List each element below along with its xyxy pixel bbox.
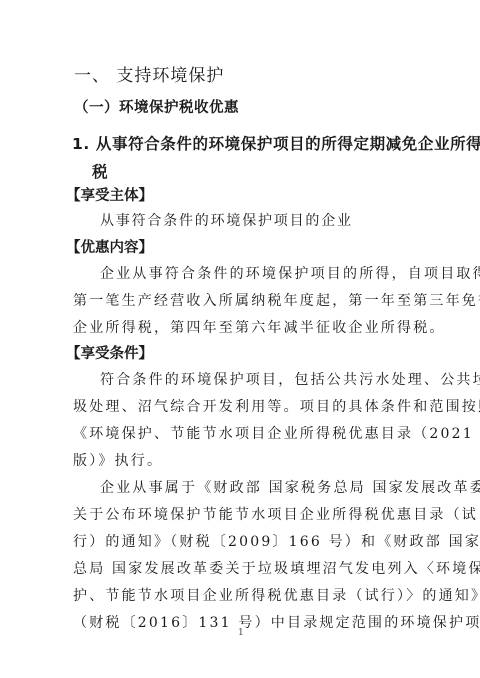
conditions-line: 符合条件的环境保护项目，包括公共污水处理、公共垃 (100, 369, 480, 389)
conditions-line: 关于公布环境保护节能节水项目企业所得税优惠目录（试 (73, 504, 478, 524)
conditions-line: 总局 国家发展改革委关于垃圾填埋沼气发电列入〈环境保 (73, 558, 480, 578)
conditions-line: 企业从事属于《财政部 国家税务总局 国家发展改革委 (100, 477, 480, 497)
conditions-line: 行）的通知》（财税〔2009〕166 号）和《财政部 国家税务 (73, 531, 480, 551)
content-label: 【优惠内容】 (66, 236, 153, 257)
content-line: 企业所得税，第四年至第六年减半征收企业所得税。 (73, 317, 446, 337)
conditions-label: 【享受条件】 (66, 342, 153, 363)
content-line: 企业从事符合条件的环境保护项目的所得，自项目取得 (100, 263, 480, 283)
item-title-line-1: 1. 从事符合条件的环境保护项目的所得定期减免企业所得 (72, 132, 480, 154)
content-line: 第一笔生产经营收入所属纳税年度起，第一年至第三年免征 (73, 290, 480, 310)
conditions-line: 圾处理、沼气综合开发利用等。项目的具体条件和范围按照 (73, 396, 480, 416)
conditions-line: （财税〔2016〕131 号）中目录规定范围的环境保护项目， (73, 612, 480, 632)
conditions-line: 护、节能节水项目企业所得税优惠目录（试行）〉的通知》 (73, 585, 480, 605)
page-number: 1 (238, 628, 244, 638)
subsection-title: （一）环境保护税收优惠 (74, 96, 239, 117)
conditions-line: 版）》执行。 (73, 450, 163, 470)
beneficiary-label: 【享受主体】 (66, 184, 153, 205)
section-title: 一、 支持环境保护 (74, 61, 224, 86)
item-title-line-2: 税 (92, 160, 108, 182)
document-page: 一、 支持环境保护 （一）环境保护税收优惠 1. 从事符合条件的环境保护项目的所… (0, 0, 480, 678)
conditions-line: 《环境保护、节能节水项目企业所得税优惠目录（2021 年 (73, 423, 480, 443)
beneficiary-text: 从事符合条件的环境保护项目的企业 (100, 210, 353, 230)
